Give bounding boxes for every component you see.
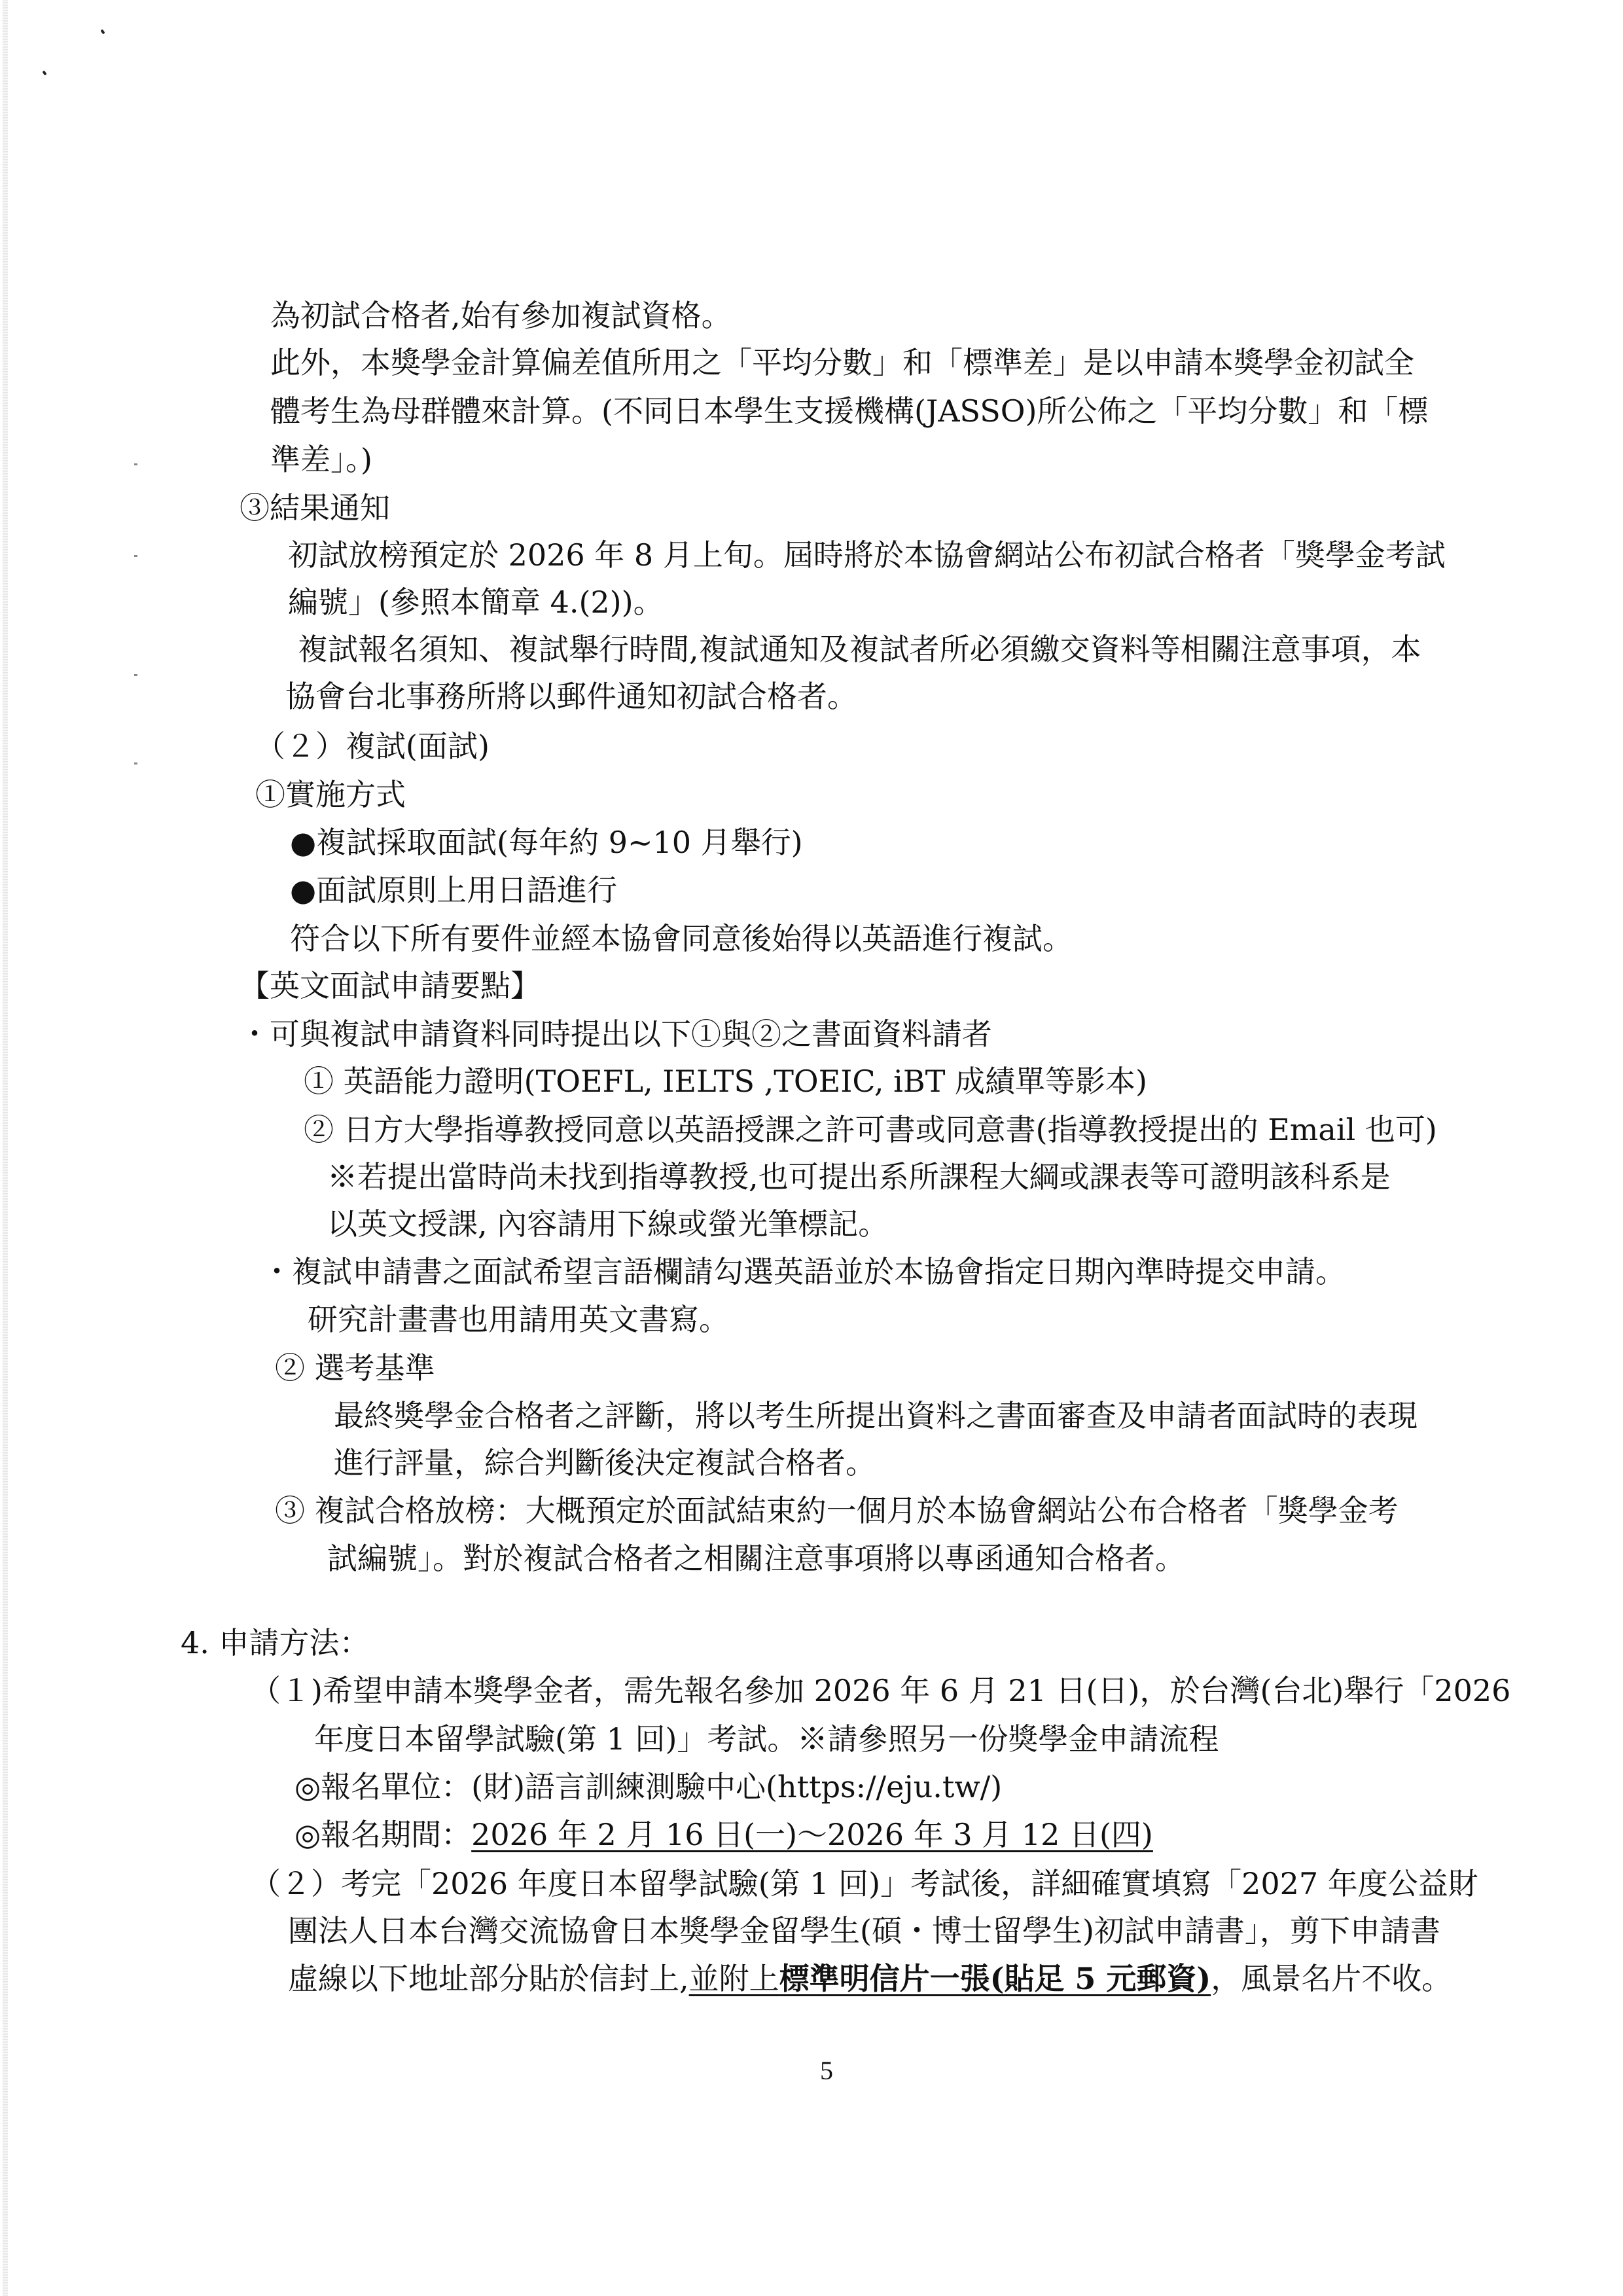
page-number: 5	[820, 2055, 833, 2086]
scan-speck	[100, 29, 105, 34]
underlined-text: 並附上	[689, 1961, 779, 1996]
paragraph-line: 複試報名須知、複試舉行時間,複試通知及複試者所必須繳交資料等相關注意事項，本	[298, 630, 1421, 669]
list-item: ① 英語能力證明(TOEFL, IELTS ,TOEIC, iBT 成績單等影本…	[304, 1062, 1147, 1101]
section-heading-result-notice: ③結果通知	[240, 488, 390, 528]
scan-edge-artifact	[3, 0, 8, 2296]
registration-period-dates: 2026 年 2 月 16 日(一)～2026 年 3 月 12 日(四)	[471, 1817, 1153, 1852]
paragraph-line: 符合以下所有要件並經本協會同意後始得以英語進行複試。	[290, 919, 1073, 958]
bullet-line: ●複試採取面試(每年約 9~10 月舉行)	[290, 823, 803, 862]
section-heading-final-result: ③ 複試合格放榜：大概預定於面試結束約一個月於本協會網站公布合格者「獎學金考	[275, 1491, 1399, 1530]
text-span: ，風景名片不收。	[1211, 1961, 1452, 1996]
margin-mark	[134, 674, 137, 676]
paragraph-line: 協會台北事務所將以郵件通知初試合格者。	[285, 677, 857, 716]
paragraph-line: 試編號」。對於複試合格者之相關注意事項將以專函通知合格者。	[327, 1539, 1185, 1578]
paragraph-line: 研究計畫書也用請用英文書寫。	[308, 1300, 729, 1339]
bullet-line: ・可與複試申請資料同時提出以下①與②之書面資料請者	[240, 1014, 992, 1054]
bullet-line: ●面試原則上用日語進行	[290, 870, 617, 910]
postcard-requirement: 虛線以下地址部分貼於信封上,並附上標準明信片一張(貼足 5 元郵資)，風景名片不…	[288, 1959, 1452, 1998]
section-heading-criteria: ② 選考基準	[275, 1348, 435, 1388]
paragraph-line: 為初試合格者,始有參加複試資格。	[270, 296, 732, 335]
paragraph-line: 此外，本獎學金計算偏差值所用之「平均分數」和「標準差」是以申請本獎學金初試全	[270, 343, 1414, 382]
paragraph-line: 最終獎學金合格者之評斷，將以考生所提出資料之書面審查及申請者面試時的表現	[334, 1396, 1418, 1435]
paragraph-line: 團法人日本台灣交流協會日本獎學金留學生(碩・博士留學生)初試申請書」，剪下申請書	[288, 1911, 1440, 1950]
paragraph-line: 準差」。)	[270, 440, 372, 479]
bullet-line: ・複試申請書之面試希望言語欄請勾選英語並於本協會指定日期內準時提交申請。	[262, 1252, 1346, 1291]
note-line: 以英文授課, 內容請用下線或螢光筆標記。	[327, 1204, 888, 1244]
registration-period-label: ◎報名期間：	[294, 1817, 471, 1852]
list-item: ② 日方大學指導教授同意以英語授課之許可書或同意書(指導教授提出的 Email …	[304, 1110, 1437, 1149]
paragraph-line: 初試放榜預定於 2026 年 8 月上旬。屆時將於本協會網站公布初試合格者「獎學…	[288, 535, 1446, 575]
paragraph-line: （１)希望申請本獎學金者，需先報名參加 2026 年 6 月 21 日(日)，於…	[251, 1671, 1510, 1710]
section-heading-application-method: 4. 申請方法：	[181, 1623, 370, 1662]
bold-underlined-text: 標準明信片一張(貼足 5 元郵資)	[779, 1961, 1211, 1996]
note-line: ※若提出當時尚未找到指導教授,也可提出系所課程大綱或課表等可證明該科系是	[327, 1157, 1391, 1196]
margin-mark	[134, 555, 137, 557]
section-heading-second-exam: （２）複試(面試)	[255, 726, 490, 766]
registration-period: ◎報名期間：2026 年 2 月 16 日(一)～2026 年 3 月 12 日…	[294, 1815, 1153, 1854]
text-span: 虛線以下地址部分貼於信封上,	[288, 1961, 689, 1996]
section-heading-method: ①實施方式	[255, 775, 406, 814]
section-heading-english-interview: 【英文面試申請要點】	[240, 966, 541, 1005]
paragraph-line: 編號」(參照本簡章 4.(2))。	[288, 583, 664, 622]
paragraph-line: 體考生為母群體來計算。(不同日本學生支援機構(JASSO)所公佈之「平均分數」和…	[270, 391, 1428, 431]
scan-speck	[42, 70, 46, 75]
registration-unit: ◎報名單位：(財)語言訓練測驗中心(https://eju.tw/)	[294, 1767, 1002, 1806]
margin-mark	[134, 463, 137, 465]
margin-mark	[134, 762, 137, 764]
paragraph-line: （２）考完「2026 年度日本留學試驗(第 1 回)」考試後，詳細確實填寫「20…	[251, 1864, 1478, 1903]
paragraph-line: 年度日本留學試驗(第 1 回)」考試。※請參照另一份獎學金申請流程	[314, 1719, 1219, 1759]
paragraph-line: 進行評量，綜合判斷後決定複試合格者。	[334, 1443, 876, 1482]
